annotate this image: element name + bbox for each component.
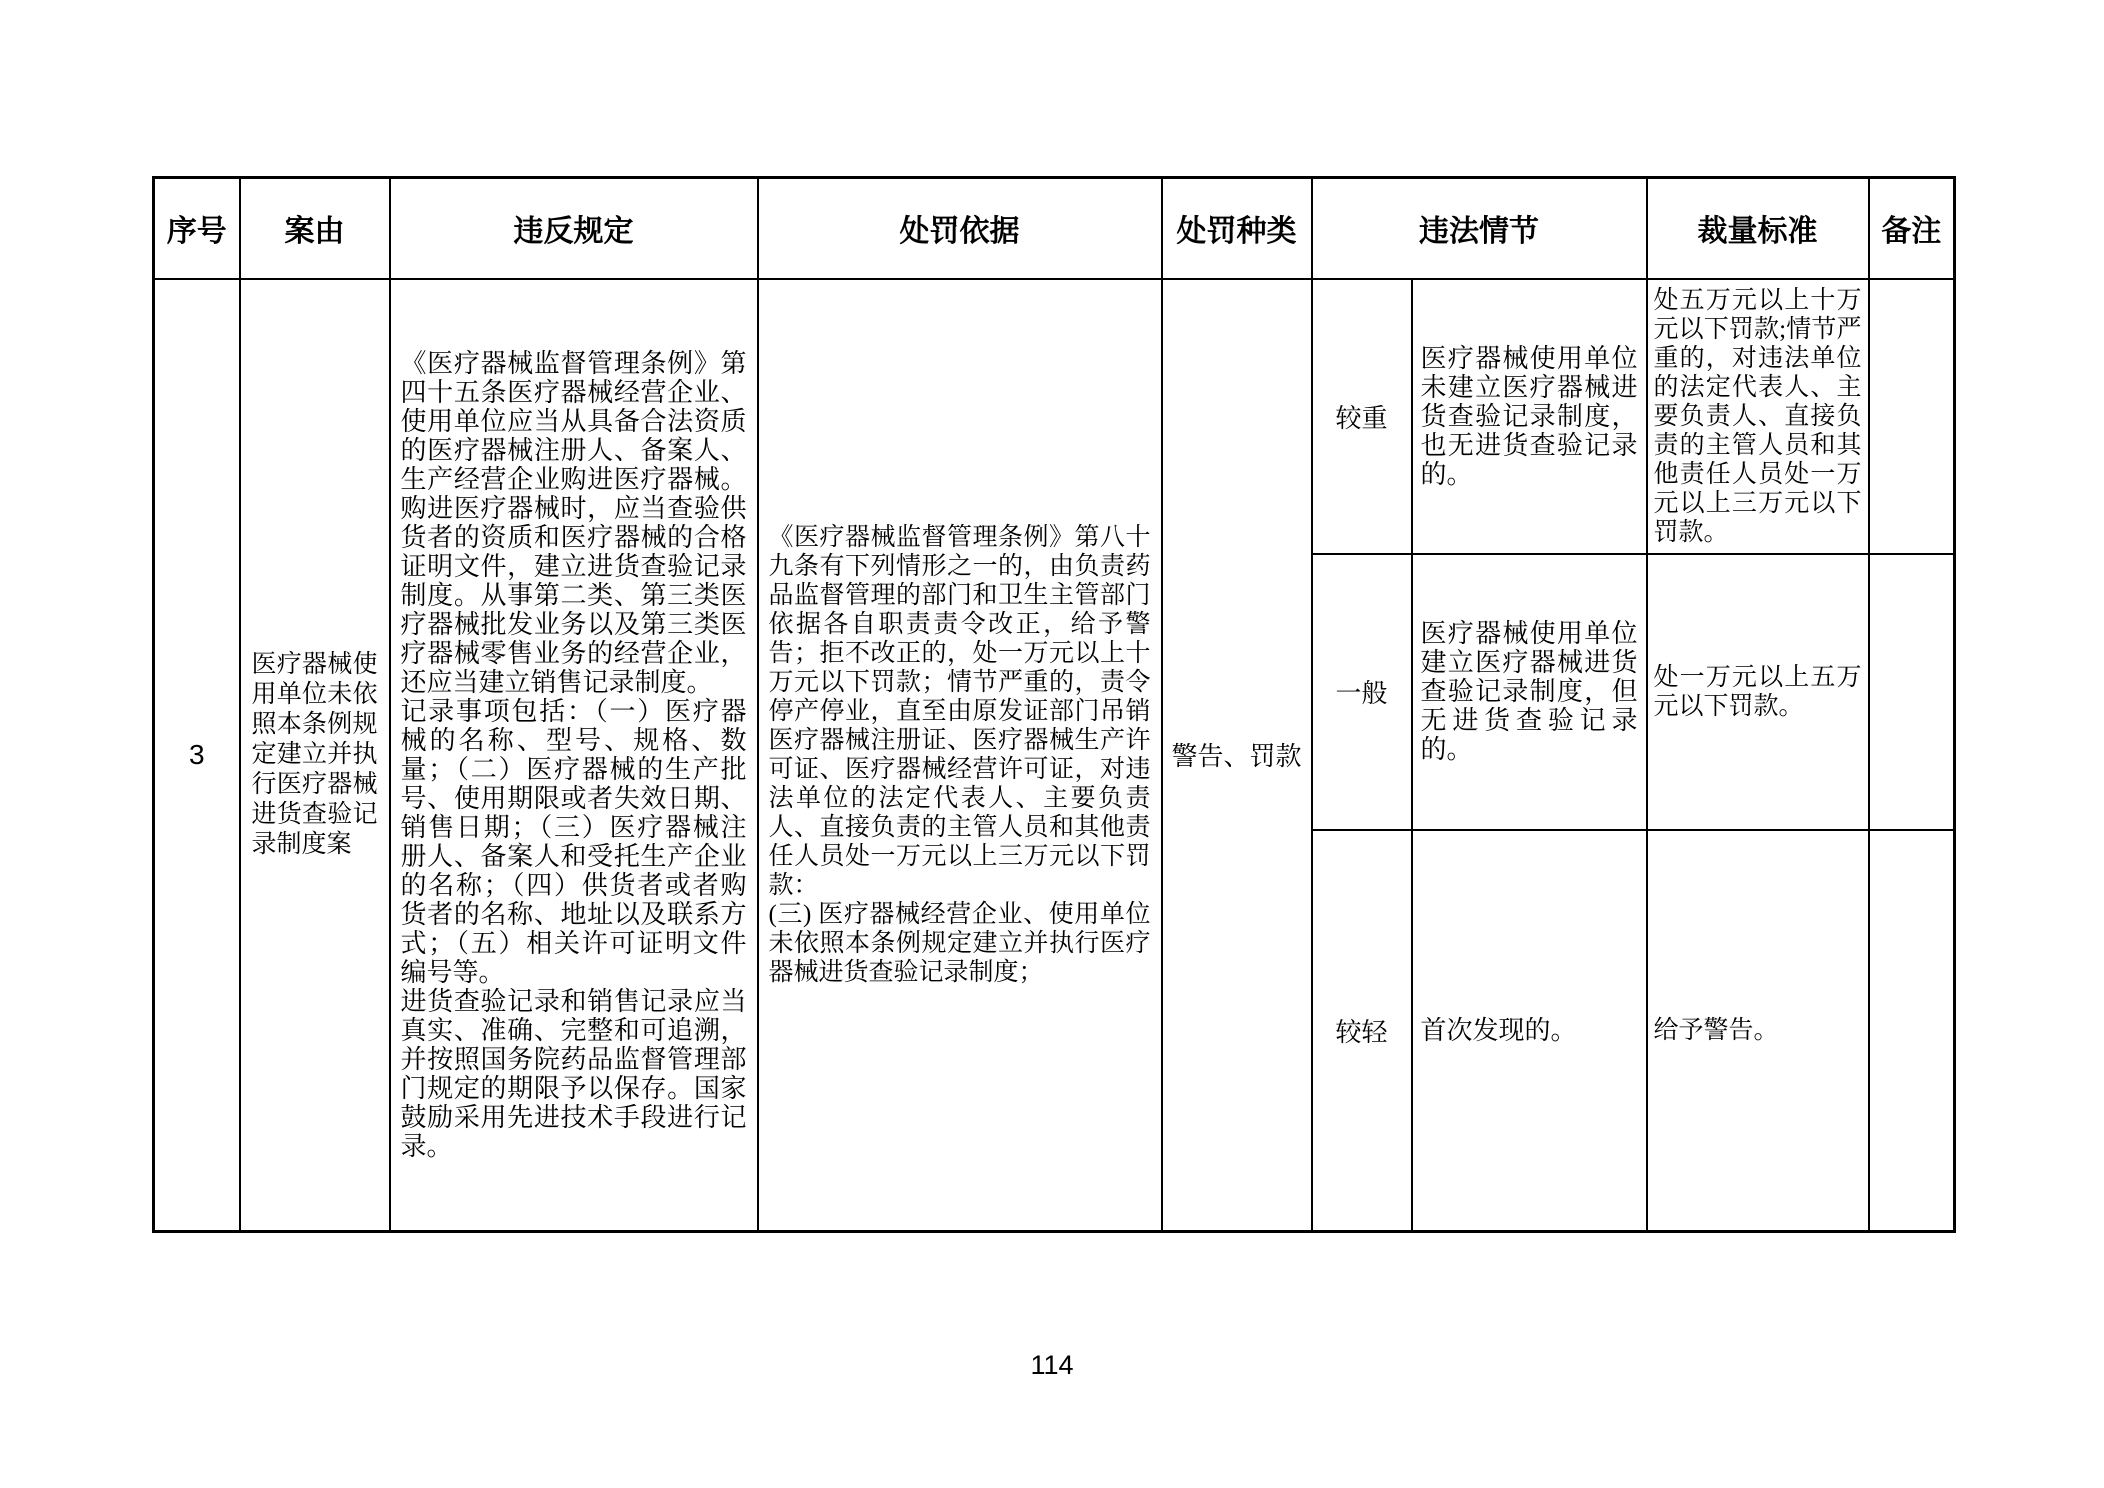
header-violation: 违反规定 [390, 178, 758, 279]
basis-cell: 《医疗器械监督管理条例》第八十九条有下列情形之一的，由负责药品监督管理的部门和卫… [758, 279, 1162, 1232]
page-number: 114 [0, 1350, 2104, 1381]
standard-cell-minor: 给予警告。 [1647, 830, 1869, 1232]
violation-paragraph-2: 记录事项包括：（一）医疗器械的名称、型号、规格、数量；（二）医疗器械的生产批号、… [401, 697, 747, 987]
circumstance-level-general: 一般 [1312, 554, 1412, 830]
circumstance-desc-general: 医疗器械使用单位建立医疗器械进货查验记录制度，但无进货查验记录的。 [1412, 554, 1647, 830]
penalty-type-cell: 警告、罚款 [1162, 279, 1312, 1232]
standard-cell-severe: 处五万元以上十万元以下罚款;情节严重的，对违法单位的法定代表人、主要负责人、直接… [1647, 279, 1869, 554]
header-row: 序号 案由 违反规定 处罚依据 处罚种类 违法情节 裁量标准 备注 [154, 178, 1955, 279]
circumstance-level-severe: 较重 [1312, 279, 1412, 554]
basis-paragraph-1: 《医疗器械监督管理条例》第八十九条有下列情形之一的，由负责药品监督管理的部门和卫… [769, 523, 1151, 900]
header-circumstance: 违法情节 [1312, 178, 1647, 279]
violation-paragraph-1: 《医疗器械监督管理条例》第四十五条医疗器械经营企业、使用单位应当从具备合法资质的… [401, 349, 747, 697]
violation-paragraph-3: 进货查验记录和销售记录应当真实、准确、完整和可追溯，并按照国务院药品监督管理部门… [401, 987, 747, 1161]
violation-cell: 《医疗器械监督管理条例》第四十五条医疗器械经营企业、使用单位应当从具备合法资质的… [390, 279, 758, 1232]
circumstance-desc-minor: 首次发现的。 [1412, 830, 1647, 1232]
header-basis: 处罚依据 [758, 178, 1162, 279]
header-case: 案由 [240, 178, 390, 279]
case-cell: 医疗器械使用单位未依照本条例规定建立并执行医疗器械进货查验记录制度案 [240, 279, 390, 1232]
document-page: 序号 案由 违反规定 处罚依据 处罚种类 违法情节 裁量标准 备注 3 医疗器械… [0, 0, 2104, 1488]
header-remark: 备注 [1869, 178, 1955, 279]
remark-cell-general [1869, 554, 1955, 830]
remark-cell-severe [1869, 279, 1955, 554]
basis-paragraph-2: (三) 医疗器械经营企业、使用单位未依照本条例规定建立并执行医疗器械进货查验记录… [769, 900, 1151, 987]
remark-cell-minor [1869, 830, 1955, 1232]
header-seq: 序号 [154, 178, 240, 279]
penalty-table: 序号 案由 违反规定 处罚依据 处罚种类 违法情节 裁量标准 备注 3 医疗器械… [152, 176, 1956, 1233]
header-penalty-type: 处罚种类 [1162, 178, 1312, 279]
circumstance-level-minor: 较轻 [1312, 830, 1412, 1232]
table-row-severe: 3 医疗器械使用单位未依照本条例规定建立并执行医疗器械进货查验记录制度案 《医疗… [154, 279, 1955, 554]
header-standard: 裁量标准 [1647, 178, 1869, 279]
seq-cell: 3 [154, 279, 240, 1232]
circumstance-desc-severe: 医疗器械使用单位未建立医疗器械进货查验记录制度，也无进货查验记录的。 [1412, 279, 1647, 554]
standard-cell-general: 处一万元以上五万元以下罚款。 [1647, 554, 1869, 830]
